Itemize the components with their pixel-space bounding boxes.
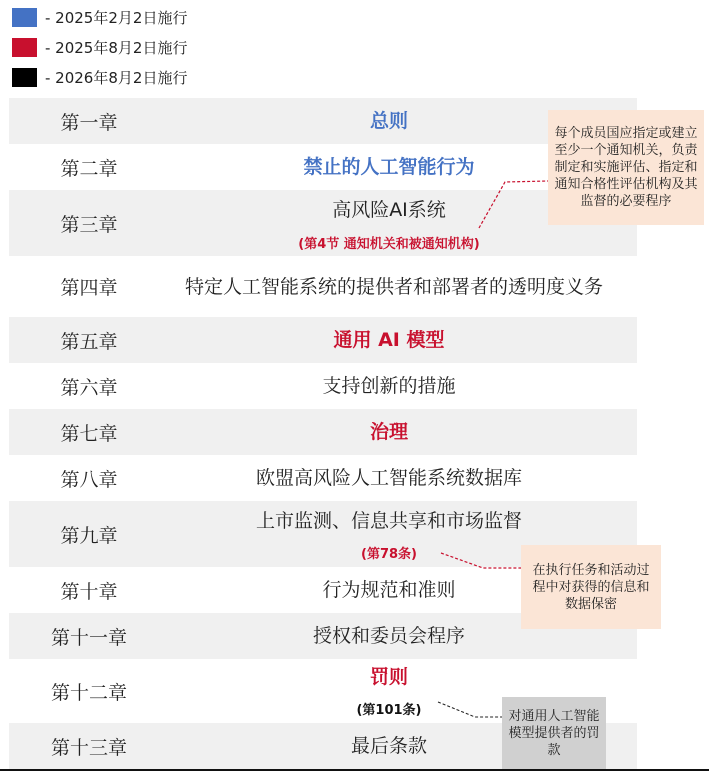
- callout-note-notifying-authority: 每个成员国应指定或建立至少一个通知机关，负责制定和实施评估、指定和通知合格性评估…: [548, 110, 704, 225]
- callout-text: 对通用人工智能模型提供者的罚款: [508, 708, 600, 759]
- callout-note-confidentiality: 在执行任务和活动过程中对获得的信息和数据保密: [521, 545, 661, 629]
- callout-text: 在执行任务和活动过程中对获得的信息和数据保密: [527, 562, 655, 613]
- callout-note-gpai-fines: 对通用人工智能模型提供者的罚款: [502, 697, 606, 769]
- callout-text: 每个成员国应指定或建立至少一个通知机关，负责制定和实施评估、指定和通知合格性评估…: [554, 125, 698, 210]
- bottom-divider: [0, 769, 709, 771]
